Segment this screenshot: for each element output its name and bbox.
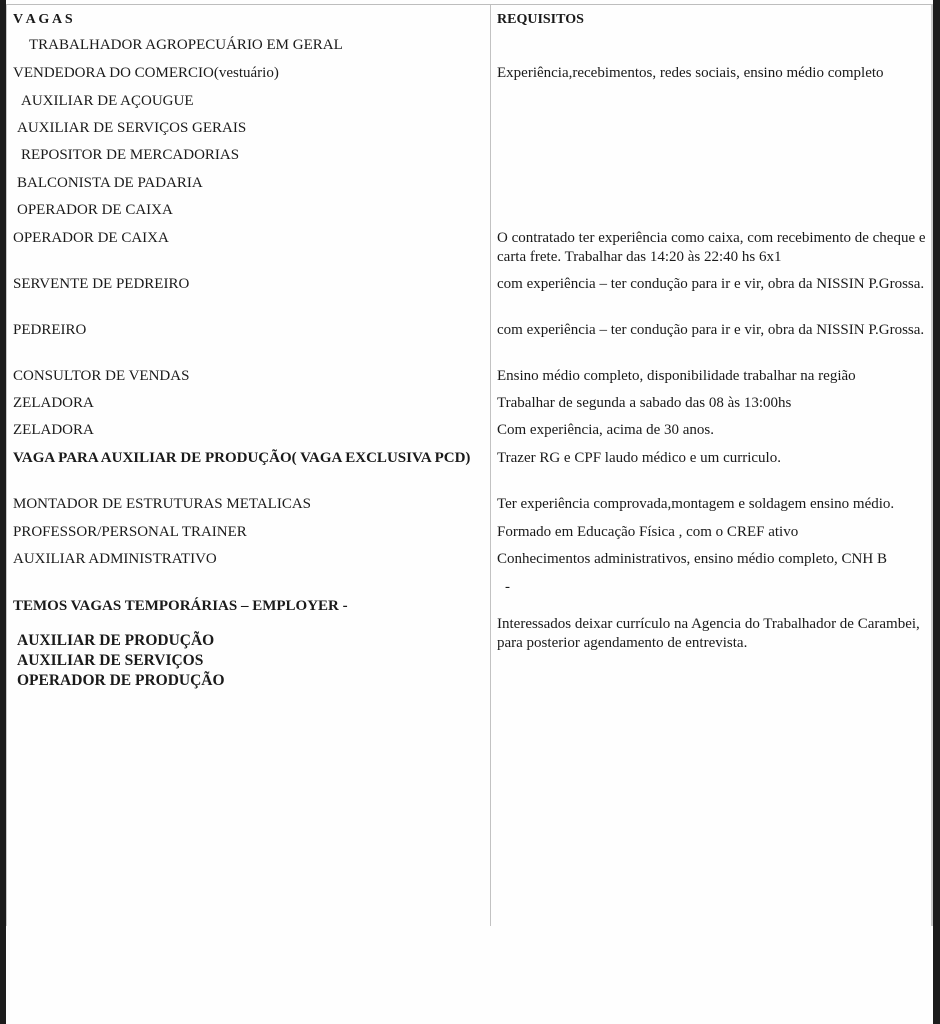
vaga-row: SERVENTE DE PEDREIRO (13, 275, 189, 294)
requisito-row: Formado em Educação Física , com o CREF … (497, 523, 927, 542)
vagas-header: V A G A S (13, 10, 73, 29)
requisito-row: Ensino médio completo, disponibilidade t… (497, 367, 927, 386)
requisito-row: com experiência – ter condução para ir e… (497, 275, 927, 294)
requisito-row: com experiência – ter condução para ir e… (497, 321, 927, 340)
vaga-row: AUXILIAR DE AÇOUGUE (21, 92, 194, 111)
temporaria-item: AUXILIAR DE PRODUÇÃO (17, 631, 214, 651)
vaga-row-pcd: VAGA PARA AUXILIAR DE PRODUÇÃO( VAGA EXC… (13, 449, 483, 467)
requisito-row: Com experiência, acima de 30 anos. (497, 421, 927, 440)
requisito-row: Ter experiência comprovada,montagem e so… (497, 495, 927, 514)
vaga-row: CONSULTOR DE VENDAS (13, 367, 189, 386)
vaga-row: PEDREIRO (13, 321, 86, 340)
requisito-row: O contratado ter experiência como caixa,… (497, 229, 927, 267)
vaga-row: ZELADORA (13, 421, 94, 440)
document-page: V A G A S REQUISITOS TRABALHADOR AGROPEC… (6, 0, 933, 1024)
column-divider (490, 5, 491, 926)
requisito-row: Trabalhar de segunda a sabado das 08 às … (497, 394, 927, 413)
temporaria-item: OPERADOR DE PRODUÇÃO (17, 671, 225, 691)
vaga-row: REPOSITOR DE MERCADORIAS (21, 146, 239, 165)
dash-text: - (505, 578, 935, 597)
temporaria-item: AUXILIAR DE SERVIÇOS (17, 651, 203, 671)
vaga-row: PROFESSOR/PERSONAL TRAINER (13, 523, 247, 542)
vaga-row: AUXILIAR ADMINISTRATIVO (13, 550, 217, 569)
vaga-row: TRABALHADOR AGROPECUÁRIO EM GERAL (29, 36, 343, 55)
vaga-row: MONTADOR DE ESTRUTURAS METALICAS (13, 495, 311, 514)
requisito-row: Trazer RG e CPF laudo médico e um curric… (497, 449, 927, 468)
requisito-row: Conhecimentos administrativos, ensino mé… (497, 550, 927, 569)
vaga-row: AUXILIAR DE SERVIÇOS GERAIS (17, 119, 246, 138)
vaga-row: ZELADORA (13, 394, 94, 413)
vaga-row: OPERADOR DE CAIXA (17, 201, 173, 220)
temporarias-nota: Interessados deixar currículo na Agencia… (497, 615, 927, 653)
vagas-table: V A G A S REQUISITOS TRABALHADOR AGROPEC… (6, 4, 933, 926)
vaga-row: BALCONISTA DE PADARIA (17, 174, 203, 193)
requisito-row: Experiência,recebimentos, redes sociais,… (497, 64, 927, 83)
temporarias-title: TEMOS VAGAS TEMPORÁRIAS – EMPLOYER - (13, 597, 348, 616)
vaga-row: OPERADOR DE CAIXA (13, 229, 169, 248)
requisitos-header: REQUISITOS (497, 10, 927, 29)
vaga-row: VENDEDORA DO COMERCIO(vestuário) (13, 64, 279, 83)
